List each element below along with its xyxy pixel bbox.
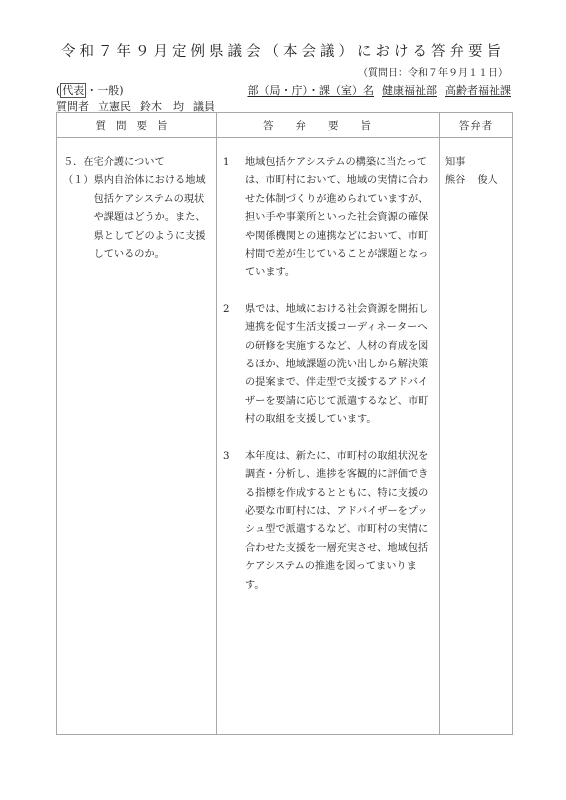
question-date: （質問日：令和７年９月１１日） xyxy=(358,64,508,79)
department-label: 部（局・庁）・課（室）名 xyxy=(248,84,375,97)
respondent-name: 熊谷俊人 xyxy=(445,172,510,190)
question-item-text: 県内自治体における地域包括ケアシステムの現状や課題はどうか。また、県としてどのよ… xyxy=(94,172,212,264)
answer-paragraph-3: 3 本年度は、新たに、市町村の取組状況を調査・分析し、進捗を客観的に評価できる指… xyxy=(223,448,435,595)
table-row: ５．在宅介護について （１） 県内自治体における地域包括ケアシステムの現状や課題… xyxy=(57,138,513,735)
respondent-title: 知事 xyxy=(445,154,510,172)
question-item: （１） 県内自治体における地域包括ケアシステムの現状や課題はどうか。また、県とし… xyxy=(63,172,212,264)
question-item-number: （１） xyxy=(63,172,94,264)
section-name: 高齢者福祉課 xyxy=(445,84,511,97)
qa-table: 質問要旨 答弁要旨 答弁者 ５．在宅介護について （１） 県内自治体における地域… xyxy=(56,112,513,735)
answer-number: 1 xyxy=(223,154,245,283)
table-header-row: 質問要旨 答弁要旨 答弁者 xyxy=(57,113,513,138)
answer-number: 2 xyxy=(223,301,245,430)
answer-number: 3 xyxy=(223,448,245,595)
answer-text: 本年度は、新たに、市町村の取組状況を調査・分析し、進捗を客観的に評価できる指標を… xyxy=(245,448,435,595)
department-name: 健康福祉部 xyxy=(382,84,437,97)
department-line: 部（局・庁）・課（室）名健康福祉部高齢者福祉課 xyxy=(248,82,512,98)
answer-paragraph-2: 2 県では、地域における社会資源を開拓し連携を促す生活支援コーディネーターへの研… xyxy=(223,301,435,430)
type-general: 一般 xyxy=(97,84,119,97)
type-close-paren: ) xyxy=(119,84,123,97)
type-selected-representative: 代表 xyxy=(60,83,86,98)
respondent-cell: 知事 熊谷俊人 xyxy=(440,138,513,735)
header-respondent: 答弁者 xyxy=(440,113,513,138)
header-answer-summary: 答弁要旨 xyxy=(217,113,440,138)
question-type: (代表・一般) xyxy=(56,82,124,98)
answer-paragraph-1: 1 地域包括ケアシステムの構築に当たっては、市町村において、地域の実情に合わせた… xyxy=(223,154,435,283)
respondent-surname: 熊谷 xyxy=(445,175,465,186)
question-heading: ５．在宅介護について xyxy=(63,154,212,172)
answer-text: 地域包括ケアシステムの構築に当たっては、市町村において、地域の実情に合わせた体制… xyxy=(245,154,435,283)
question-cell: ５．在宅介護について （１） 県内自治体における地域包括ケアシステムの現状や課題… xyxy=(57,138,217,735)
answer-text: 県では、地域における社会資源を開拓し連携を促す生活支援コーディネーターへの研修を… xyxy=(245,301,435,430)
type-separator: ・ xyxy=(86,84,97,97)
respondent-given-name: 俊人 xyxy=(477,175,497,186)
header-question-summary: 質問要旨 xyxy=(57,113,217,138)
document-title: 令和７年９月定例県議会（本会議）における答弁要旨 xyxy=(0,40,566,61)
answer-cell: 1 地域包括ケアシステムの構築に当たっては、市町村において、地域の実情に合わせた… xyxy=(217,138,440,735)
